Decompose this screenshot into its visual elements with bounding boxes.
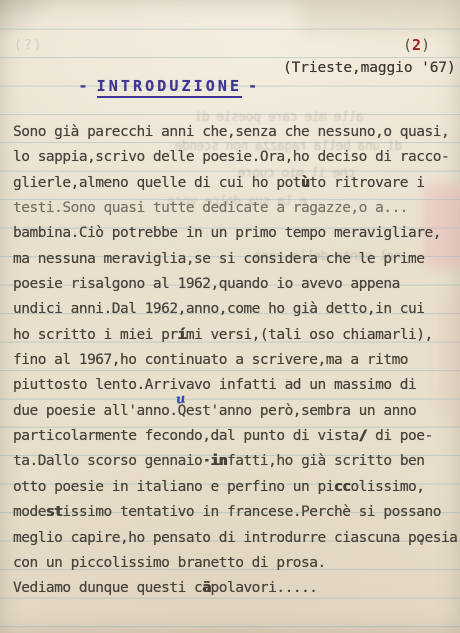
typed-line: otto poesie in italiano e perfino un pic… <box>13 475 460 500</box>
typed-line: due poesie all'anno.Qest'anno però,sembr… <box>13 399 460 424</box>
typed-text-segment: ta.Dallo scorso gennaio <box>13 453 202 469</box>
typed-text-lines: Sono già parecchi anni che,senza che nes… <box>13 120 460 602</box>
overstruck-chars: ä <box>202 580 210 596</box>
title-word: INTRODUZIONE <box>97 77 243 98</box>
typed-text-segment: issimo tentativo in francese.Perchè si p… <box>62 504 441 520</box>
document-page: alle mie care poesie didi una bella raga… <box>0 0 460 633</box>
typed-text-segment: mode <box>13 504 46 520</box>
typed-text-segment: otto poesie in italiano e perfino un pi <box>13 479 334 495</box>
title-suffix-dash: - <box>248 77 257 95</box>
typed-text-segment: Sono già parecchi anni che,senza che nes… <box>13 124 449 140</box>
page-number-open-paren: ( <box>403 36 412 54</box>
typed-text-segment: ho scritto i miei pr <box>13 327 178 343</box>
typed-text-segment: glierle,almeno quelle di cui ho pot <box>13 175 301 191</box>
typed-line: meglio capire,ho pensato di introdurre c… <box>13 526 460 551</box>
typed-text-segment: due poesie all'anno.Qest'anno però,sembr… <box>13 403 416 419</box>
typed-text-segment: lo sappia,scrivo delle poesie.Ora,ho dec… <box>13 149 449 165</box>
typed-text-segment: con un piccolissimo branetto di prosa. <box>13 555 326 571</box>
overstruck-chars: st <box>46 504 62 520</box>
typed-text-segment: undici anni.Dal 1962,anno,come ho già de… <box>13 301 425 317</box>
page-number: (2) <box>403 36 430 54</box>
paper-shading <box>300 0 460 32</box>
typed-line: con un piccolissimo branetto di prosa. <box>13 551 460 576</box>
typed-line: testi.Sono quasi tutte dedicate a ragazz… <box>13 196 460 221</box>
typed-text-segment: poesie risalgono al 1962,quando io avevo… <box>13 276 400 292</box>
typed-text-segment: to ritrovare i <box>309 175 424 191</box>
typed-text-segment: fino al 1967,ho continuato a scrivere,ma… <box>13 352 408 368</box>
overstruck-chars: / <box>359 428 367 444</box>
typed-line: Vediamo dunque questi cäpolavori..... <box>13 576 460 601</box>
typed-line: piuttosto lento.Arrivavo infatti ad un m… <box>13 373 460 398</box>
typed-line: lo sappia,scrivo delle poesie.Ora,ho dec… <box>13 145 460 170</box>
typed-line: ta.Dallo scorso gennaio·infatti,ho già s… <box>13 449 460 474</box>
typed-text-segment: particolarmente fecondo,dal punto di vis… <box>13 428 359 444</box>
typed-line: Sono già parecchi anni che,senza che nes… <box>13 120 460 145</box>
typed-text-segment: ma nessuna meraviglia,se si considera ch… <box>13 251 425 267</box>
typed-text-segment: olissimo, <box>350 479 424 495</box>
typed-text-segment: meglio capire,ho pensato di introdurre c… <box>13 530 457 546</box>
typed-line: modestissimo tentativo in francese.Perch… <box>13 500 460 525</box>
typed-text-segment: polavori..... <box>211 580 318 596</box>
typed-line: bambina.Ciò potrebbe in un primo tempo m… <box>13 221 460 246</box>
typed-line: ma nessuna meraviglia,se si considera ch… <box>13 247 460 272</box>
typed-line: glierle,almeno quelle di cui ho potùto r… <box>13 171 460 196</box>
typed-text-segment: bambina.Ciò potrebbe in un primo tempo m… <box>13 225 441 241</box>
typed-line: ho scritto i miei prími versi,(tali oso … <box>13 323 460 348</box>
typed-text-segment: piuttosto lento.Arrivavo infatti ad un m… <box>13 377 416 393</box>
page-title: -INTRODUZIONE- <box>30 59 257 116</box>
typed-line: undici anni.Dal 1962,anno,come ho già de… <box>13 297 460 322</box>
page-number-close-paren: ) <box>421 36 430 54</box>
typed-line: poesie risalgono al 1962,quando io avevo… <box>13 272 460 297</box>
typed-text-segment: mi versi,(tali oso chiamarli), <box>186 327 433 343</box>
pencil-mark: (?) <box>14 38 43 53</box>
typed-line: fino al 1967,ho continuato a scrivere,ma… <box>13 348 460 373</box>
typed-text-segment: Vediamo dunque questi c <box>13 580 202 596</box>
overstruck-chars: ·in <box>202 453 227 469</box>
title-prefix-dash: - <box>79 77 88 95</box>
typed-line: particolarmente fecondo,dal punto di vis… <box>13 424 460 449</box>
typed-text-segment: di poe- <box>367 428 433 444</box>
typed-text-segment: testi.Sono quasi tutte dedicate a ragazz… <box>13 200 408 216</box>
dateline: (Trieste,maggio '67) <box>283 60 456 76</box>
overstruck-chars: cc <box>334 479 350 495</box>
overstruck-chars: í <box>178 327 186 343</box>
page-number-digit: 2 <box>412 36 421 54</box>
typed-text-segment: fatti,ho già scritto ben <box>227 453 425 469</box>
